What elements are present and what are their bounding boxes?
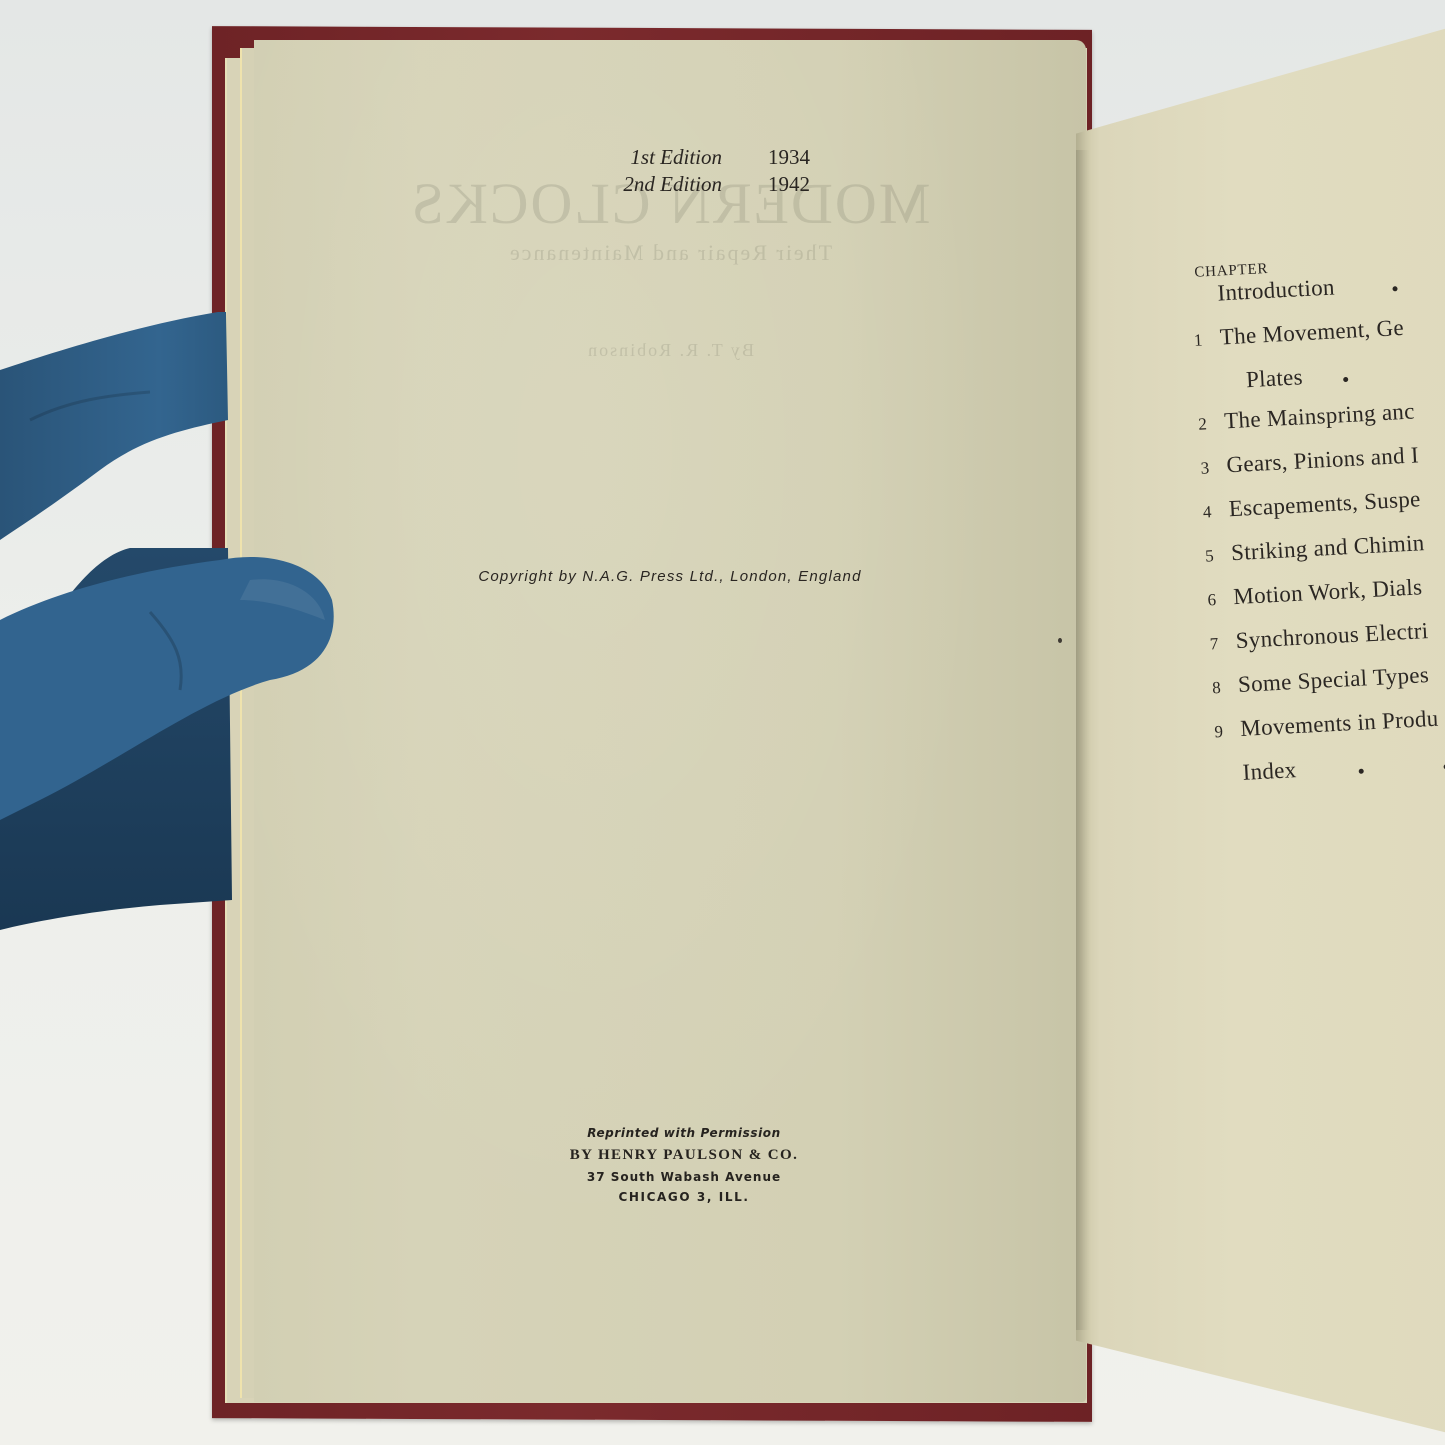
- toc-title: Index: [1242, 757, 1297, 786]
- toc-title: Plates: [1245, 364, 1303, 393]
- copyright-notice: Copyright by N.A.G. Press Ltd., London, …: [254, 568, 1086, 585]
- publisher-city: CHICAGO 3, ILL.: [524, 1187, 844, 1207]
- edition-label: 1st Edition: [590, 144, 722, 171]
- edition-row: 2nd Edition 1942: [590, 171, 810, 198]
- paper-speck: [1058, 638, 1062, 643]
- spine-shadow: [1076, 150, 1090, 1330]
- publisher-name: BY HENRY PAULSON & CO.: [524, 1143, 844, 1167]
- bleed-through-author: By T. R. Robinson: [254, 340, 1086, 361]
- photo-scene: MODERN CLOCKS Their Repair and Maintenan…: [0, 0, 1445, 1445]
- leader-dot: [1358, 769, 1363, 774]
- table-of-contents: CHAPTER Introduction 1 The Movement, Ge …: [1190, 249, 1445, 805]
- reprint-note: Reprinted with Permission: [524, 1123, 844, 1143]
- edition-year: 1942: [768, 171, 810, 198]
- edition-year: 1934: [768, 144, 810, 171]
- bleed-through-subtitle: Their Repair and Maintenance: [254, 240, 1086, 266]
- edition-list: 1st Edition 1934 2nd Edition 1942: [590, 144, 810, 198]
- copyright-page: MODERN CLOCKS Their Repair and Maintenan…: [254, 40, 1086, 1402]
- toc-title: Introduction: [1217, 274, 1336, 306]
- edition-label: 2nd Edition: [590, 171, 722, 198]
- leader-dot: [1343, 377, 1348, 382]
- publisher-address: 37 South Wabash Avenue: [524, 1167, 844, 1187]
- leader-dot: [1393, 286, 1398, 291]
- publisher-imprint: Reprinted with Permission BY HENRY PAULS…: [524, 1123, 844, 1207]
- edition-row: 1st Edition 1934: [590, 144, 810, 171]
